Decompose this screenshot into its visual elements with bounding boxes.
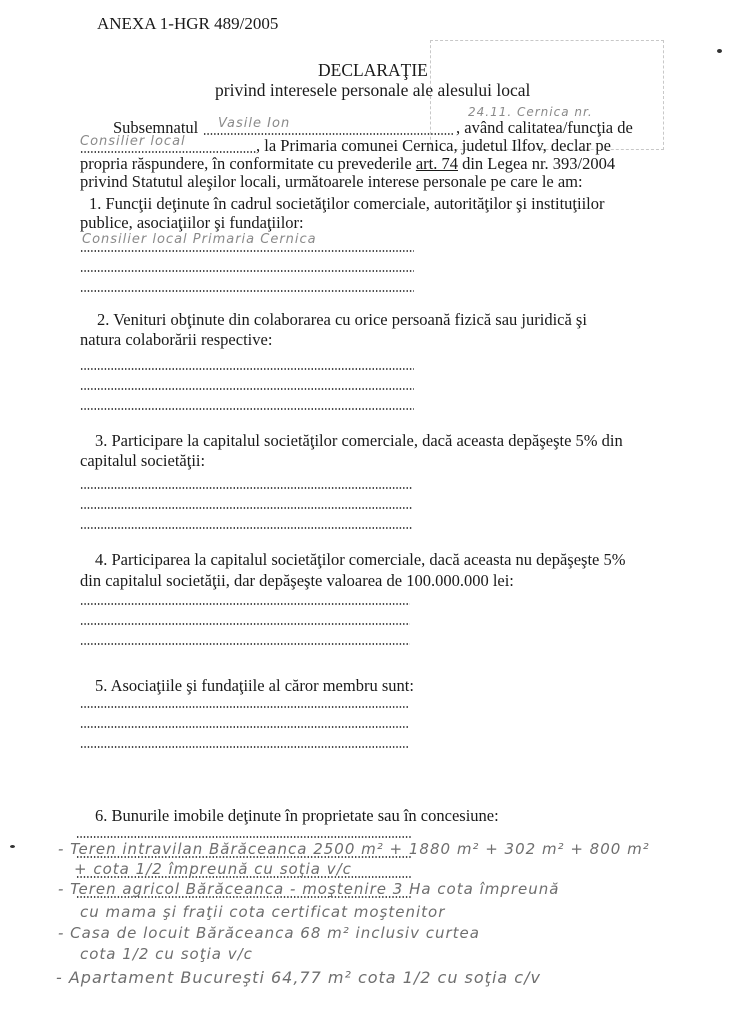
section-6-entry-6[interactable]: cota 1/2 cu soţia v/c [80, 945, 253, 963]
section-6-line-0 [76, 836, 412, 838]
stamp-handwriting: 24.11. Cernica nr. [468, 105, 593, 119]
section-5-heading: 5. Asociaţiile şi fundaţiile al căror me… [95, 676, 414, 696]
section-2-heading-cont: natura colaborării respective: [80, 330, 272, 350]
intro-line-3a: propria răspundere, în conformitate cu p… [80, 154, 416, 173]
section-2-line-2 [80, 388, 414, 390]
section-6-entry-3[interactable]: - Teren agricol Bărăceanca - moştenire 3… [58, 880, 559, 898]
section-3-line-1 [80, 487, 412, 489]
section-4-heading: 4. Participarea la capitalul societăţilo… [95, 550, 625, 570]
section-6-entry-7[interactable]: - Apartament Bucureşti 64,77 m² cota 1/2… [56, 968, 541, 987]
section-1-heading-cont: publice, asociaţiilor şi fundaţiilor: [80, 213, 304, 233]
law-article-link[interactable]: art. 74 [416, 154, 458, 173]
annex-reference: ANEXA 1-HGR 489/2005 [97, 14, 278, 34]
section-4-line-1 [80, 603, 410, 605]
section-5-line-3 [80, 746, 408, 748]
function-field[interactable]: Consilier local [80, 134, 186, 149]
intro-line-3: propria răspundere, în conformitate cu p… [80, 154, 615, 174]
section-6-entry-4[interactable]: cu mama şi fraţii cota certificat moşten… [80, 903, 445, 921]
intro-line-3b: din Legea nr. 393/2004 [458, 154, 615, 173]
document-subtitle: privind interesele personale ale alesulu… [215, 80, 530, 101]
scan-speck [717, 49, 722, 53]
function-label: , având calitatea/funcţia de [456, 118, 633, 138]
section-6-entry-5[interactable]: - Casa de locuit Bărăceanca 68 m² inclus… [58, 924, 480, 942]
section-1-line-3 [80, 290, 414, 292]
section-1-heading: 1. Funcţii deţinute în cadrul societăţil… [89, 194, 605, 214]
name-field[interactable]: Vasile Ion [218, 116, 290, 131]
section-4-line-3 [80, 643, 410, 645]
function-field-dots [80, 151, 256, 153]
section-6-heading: 6. Bunurile imobile deţinute în propriet… [95, 806, 499, 826]
section-3-heading-cont: capitalul societăţii: [80, 451, 205, 471]
section-3-line-3 [80, 527, 412, 529]
intro-line-4: privind Statutul aleşilor locali, următo… [80, 172, 583, 192]
name-field-dots [203, 133, 453, 135]
section-2-line-3 [80, 408, 414, 410]
section-6-entry-1[interactable]: - Teren intravilan Bărăceanca 2500 m² + … [58, 840, 650, 858]
section-4-line-2 [80, 623, 410, 625]
section-1-line-1 [80, 250, 414, 252]
section-3-line-2 [80, 507, 412, 509]
intro-line-2: , la Primaria comunei Cernica, judetul I… [256, 136, 611, 156]
section-1-entry-1[interactable]: Consilier local Primaria Cernica [82, 232, 317, 247]
section-1-line-2 [80, 270, 414, 272]
section-5-line-2 [80, 726, 408, 728]
section-2-heading: 2. Venituri obţinute din colaborarea cu … [97, 310, 587, 330]
section-4-heading-cont: din capitalul societăţii, dar depăşeşte … [80, 571, 514, 591]
document-title: DECLARAŢIE [318, 60, 428, 81]
section-6-entry-2[interactable]: + cota 1/2 împreună cu soţia v/c [74, 860, 352, 878]
section-2-line-1 [80, 368, 414, 370]
section-3-heading: 3. Participare la capitalul societăţilor… [95, 431, 623, 451]
section-5-line-1 [80, 706, 408, 708]
scan-speck [10, 845, 15, 848]
